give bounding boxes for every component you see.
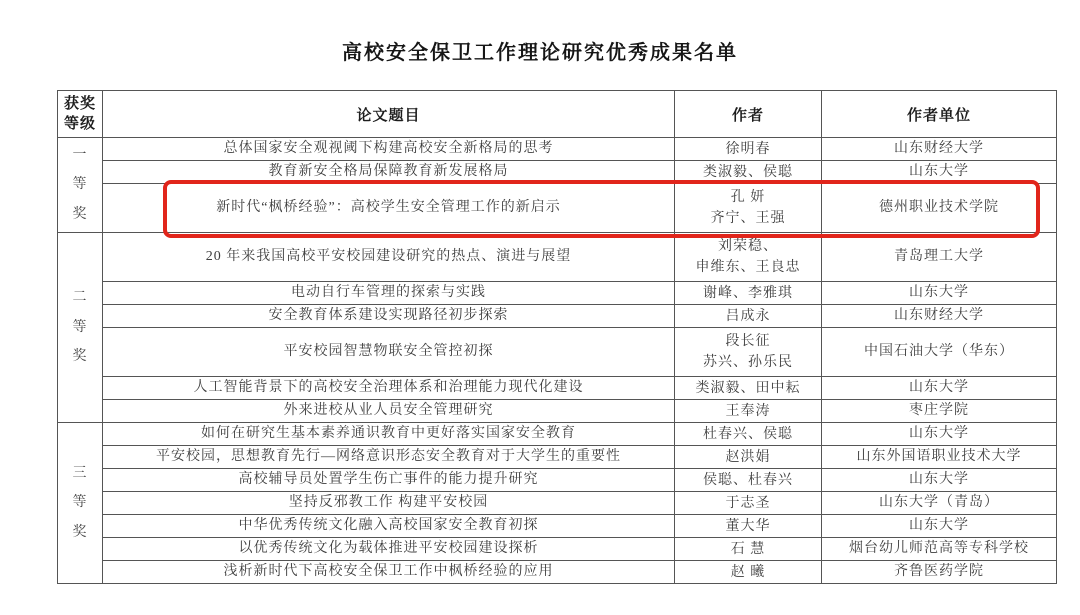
paper-title-cell: 坚持反邪教工作 构建平安校园 bbox=[103, 492, 675, 515]
table-row: 中华优秀传统文化融入高校国家安全教育初探董大华山东大学 bbox=[58, 515, 1057, 538]
author-cell: 董大华 bbox=[675, 515, 822, 538]
award-level-cell: 一等奖 bbox=[58, 138, 103, 233]
author-line: 类淑毅、田中耘 bbox=[679, 378, 817, 399]
table-row: 外来进校从业人员安全管理研究王奉涛枣庄学院 bbox=[58, 400, 1057, 423]
author-line: 谢峰、李雅琪 bbox=[679, 283, 817, 304]
author-org-cell: 山东外国语职业技术大学 bbox=[822, 446, 1057, 469]
table-row: 人工智能背景下的高校安全治理体系和治理能力现代化建设类淑毅、田中耘山东大学 bbox=[58, 377, 1057, 400]
author-line: 齐宁、王强 bbox=[679, 208, 817, 229]
paper-title-cell: 20 年来我国高校平安校园建设研究的热点、演进与展望 bbox=[103, 233, 675, 282]
table-row: 电动自行车管理的探索与实践谢峰、李雅琪山东大学 bbox=[58, 282, 1057, 305]
author-cell: 杜春兴、侯聪 bbox=[675, 423, 822, 446]
table-row: 以优秀传统文化为载体推进平安校园建设探析石 慧烟台幼儿师范高等专科学校 bbox=[58, 538, 1057, 561]
author-cell: 谢峰、李雅琪 bbox=[675, 282, 822, 305]
page: 高校安全保卫工作理论研究优秀成果名单 获奖 等级 论文题目 作者 作者单位 bbox=[0, 0, 1080, 615]
paper-title-cell: 教育新安全格局保障教育新发展格局 bbox=[103, 161, 675, 184]
author-line: 类淑毅、侯聪 bbox=[679, 162, 817, 183]
author-cell: 刘荣稳、申维东、王良忠 bbox=[675, 233, 822, 282]
header-author-org: 作者单位 bbox=[822, 91, 1057, 138]
author-cell: 石 慧 bbox=[675, 538, 822, 561]
table-row: 高校辅导员处置学生伤亡事件的能力提升研究侯聪、杜春兴山东大学 bbox=[58, 469, 1057, 492]
results-table-wrap: 获奖 等级 论文题目 作者 作者单位 一等奖总体国家安全观视阈下构建高校安全新格… bbox=[57, 90, 1056, 584]
header-award-line2: 等级 bbox=[62, 114, 98, 134]
author-org-cell: 青岛理工大学 bbox=[822, 233, 1057, 282]
paper-title-cell: 电动自行车管理的探索与实践 bbox=[103, 282, 675, 305]
table-row: 三等奖如何在研究生基本素养通识教育中更好落实国家安全教育杜春兴、侯聪山东大学 bbox=[58, 423, 1057, 446]
author-cell: 王奉涛 bbox=[675, 400, 822, 423]
author-org-cell: 山东财经大学 bbox=[822, 305, 1057, 328]
author-org-cell: 山东大学 bbox=[822, 469, 1057, 492]
author-line: 王奉涛 bbox=[679, 401, 817, 422]
author-line: 于志圣 bbox=[679, 493, 817, 514]
author-line: 吕成永 bbox=[679, 306, 817, 327]
author-cell: 类淑毅、田中耘 bbox=[675, 377, 822, 400]
table-row: 安全教育体系建设实现路径初步探索吕成永山东财经大学 bbox=[58, 305, 1057, 328]
author-org-cell: 山东大学 bbox=[822, 282, 1057, 305]
author-line: 申维东、王良忠 bbox=[679, 257, 817, 278]
author-org-cell: 山东大学 bbox=[822, 377, 1057, 400]
table-row: 平安校园，思想教育先行—网络意识形态安全教育对于大学生的重要性赵洪娟山东外国语职… bbox=[58, 446, 1057, 469]
author-org-cell: 山东大学 bbox=[822, 515, 1057, 538]
author-line: 侯聪、杜春兴 bbox=[679, 470, 817, 491]
header-author: 作者 bbox=[675, 91, 822, 138]
author-org-cell: 枣庄学院 bbox=[822, 400, 1057, 423]
author-org-cell: 山东大学（青岛） bbox=[822, 492, 1057, 515]
header-award-level: 获奖 等级 bbox=[58, 91, 103, 138]
header-award-line1: 获奖 bbox=[62, 94, 98, 114]
paper-title-cell: 中华优秀传统文化融入高校国家安全教育初探 bbox=[103, 515, 675, 538]
header-paper-title: 论文题目 bbox=[103, 91, 675, 138]
paper-title-cell: 平安校园智慧物联安全管控初探 bbox=[103, 328, 675, 377]
author-cell: 赵洪娟 bbox=[675, 446, 822, 469]
author-org-cell: 山东财经大学 bbox=[822, 138, 1057, 161]
paper-title-cell: 人工智能背景下的高校安全治理体系和治理能力现代化建设 bbox=[103, 377, 675, 400]
author-org-cell: 烟台幼儿师范高等专科学校 bbox=[822, 538, 1057, 561]
author-line: 段长征 bbox=[679, 331, 817, 352]
award-level-cell: 二等奖 bbox=[58, 233, 103, 423]
page-title: 高校安全保卫工作理论研究优秀成果名单 bbox=[0, 36, 1080, 65]
author-org-cell: 德州职业技术学院 bbox=[822, 184, 1057, 233]
table-row: 新时代“枫桥经验”：高校学生安全管理工作的新启示孔 妍齐宁、王强德州职业技术学院 bbox=[58, 184, 1057, 233]
author-org-cell: 齐鲁医药学院 bbox=[822, 561, 1057, 584]
author-cell: 类淑毅、侯聪 bbox=[675, 161, 822, 184]
award-level-cell: 三等奖 bbox=[58, 423, 103, 584]
author-line: 杜春兴、侯聪 bbox=[679, 424, 817, 445]
paper-title-cell: 安全教育体系建设实现路径初步探索 bbox=[103, 305, 675, 328]
paper-title-cell: 新时代“枫桥经验”：高校学生安全管理工作的新启示 bbox=[103, 184, 675, 233]
table-row: 平安校园智慧物联安全管控初探段长征苏兴、孙乐民中国石油大学（华东） bbox=[58, 328, 1057, 377]
table-row: 浅析新时代下高校安全保卫工作中枫桥经验的应用赵 曦齐鲁医药学院 bbox=[58, 561, 1057, 584]
author-line: 苏兴、孙乐民 bbox=[679, 352, 817, 373]
author-line: 赵洪娟 bbox=[679, 447, 817, 468]
table-row: 一等奖总体国家安全观视阈下构建高校安全新格局的思考徐明春山东财经大学 bbox=[58, 138, 1057, 161]
author-line: 赵 曦 bbox=[679, 562, 817, 583]
paper-title-cell: 以优秀传统文化为载体推进平安校园建设探析 bbox=[103, 538, 675, 561]
author-cell: 赵 曦 bbox=[675, 561, 822, 584]
author-line: 石 慧 bbox=[679, 539, 817, 560]
author-line: 孔 妍 bbox=[679, 187, 817, 208]
author-org-cell: 山东大学 bbox=[822, 423, 1057, 446]
author-cell: 段长征苏兴、孙乐民 bbox=[675, 328, 822, 377]
paper-title-cell: 高校辅导员处置学生伤亡事件的能力提升研究 bbox=[103, 469, 675, 492]
author-cell: 侯聪、杜春兴 bbox=[675, 469, 822, 492]
results-table: 获奖 等级 论文题目 作者 作者单位 一等奖总体国家安全观视阈下构建高校安全新格… bbox=[57, 90, 1057, 584]
author-cell: 徐明春 bbox=[675, 138, 822, 161]
table-row: 二等奖20 年来我国高校平安校园建设研究的热点、演进与展望刘荣稳、申维东、王良忠… bbox=[58, 233, 1057, 282]
paper-title-cell: 浅析新时代下高校安全保卫工作中枫桥经验的应用 bbox=[103, 561, 675, 584]
author-org-cell: 中国石油大学（华东） bbox=[822, 328, 1057, 377]
paper-title-cell: 平安校园，思想教育先行—网络意识形态安全教育对于大学生的重要性 bbox=[103, 446, 675, 469]
table-row: 教育新安全格局保障教育新发展格局类淑毅、侯聪山东大学 bbox=[58, 161, 1057, 184]
table-row: 坚持反邪教工作 构建平安校园于志圣山东大学（青岛） bbox=[58, 492, 1057, 515]
author-cell: 于志圣 bbox=[675, 492, 822, 515]
paper-title-cell: 外来进校从业人员安全管理研究 bbox=[103, 400, 675, 423]
author-org-cell: 山东大学 bbox=[822, 161, 1057, 184]
author-line: 董大华 bbox=[679, 516, 817, 537]
header-row: 获奖 等级 论文题目 作者 作者单位 bbox=[58, 91, 1057, 138]
author-line: 刘荣稳、 bbox=[679, 236, 817, 257]
table-body: 一等奖总体国家安全观视阈下构建高校安全新格局的思考徐明春山东财经大学教育新安全格… bbox=[58, 138, 1057, 584]
paper-title-cell: 总体国家安全观视阈下构建高校安全新格局的思考 bbox=[103, 138, 675, 161]
paper-title-cell: 如何在研究生基本素养通识教育中更好落实国家安全教育 bbox=[103, 423, 675, 446]
author-cell: 吕成永 bbox=[675, 305, 822, 328]
author-cell: 孔 妍齐宁、王强 bbox=[675, 184, 822, 233]
author-line: 徐明春 bbox=[679, 139, 817, 160]
